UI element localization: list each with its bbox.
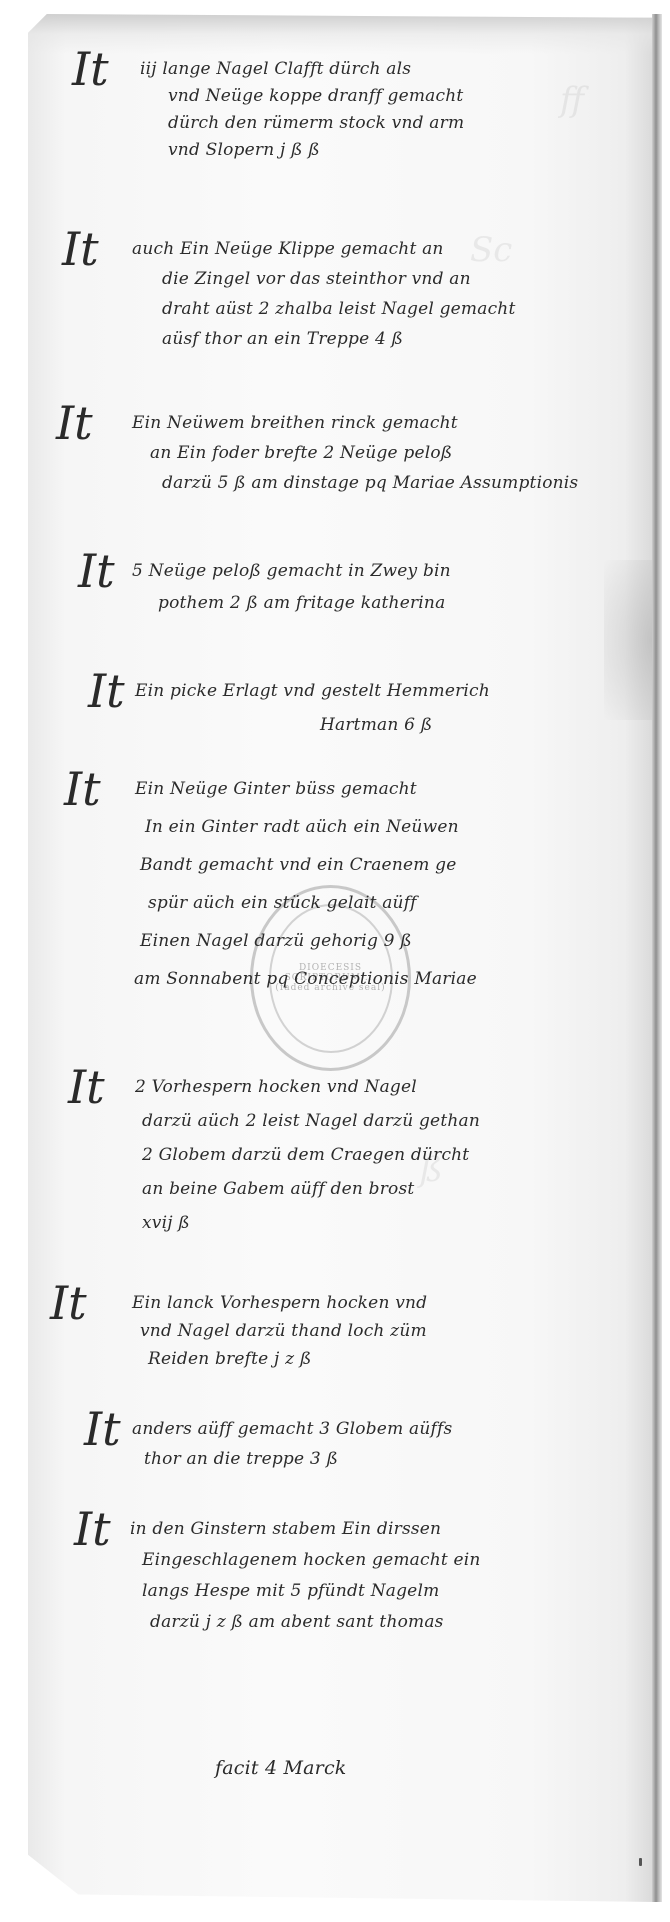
entry-line: vnd Neüge koppe dranff gemacht (168, 85, 463, 107)
entry-line: draht aüst 2 zhalba leist Nagel gemacht (162, 298, 515, 320)
entry-line: Ein Neüge Ginter büss gemacht (135, 778, 417, 800)
item-mark: It (78, 548, 115, 594)
binding-shadow (604, 560, 652, 720)
item-mark: It (62, 226, 99, 272)
entry-line: vnd Nagel darzü thand loch züm (140, 1320, 427, 1342)
entry-line: auch Ein Neüge Klippe gemacht an (132, 238, 444, 260)
entry-line: an beine Gabem aüff den brost (142, 1178, 414, 1200)
entry-line: in den Ginstern stabem Ein dirssen (130, 1518, 441, 1540)
item-mark: It (56, 400, 93, 446)
entry-line: langs Hespe mit 5 pfündt Nagelm (142, 1580, 439, 1602)
entry-line: vnd Slopern j ß ß (168, 139, 320, 161)
entry-line: darzü 5 ß am dinstage pq Mariae Assumpti… (162, 472, 578, 494)
entry-line: Ein Neüwem breithen rinck gemacht (132, 412, 458, 434)
page-binding-edge (652, 14, 662, 1902)
entry-line: thor an die treppe 3 ß (144, 1448, 338, 1470)
entry-line: xvij ß (142, 1212, 190, 1234)
entry-line: aüsf thor an ein Treppe 4 ß (162, 328, 403, 350)
item-mark: It (72, 46, 109, 92)
entry-line: Reiden brefte j z ß (148, 1348, 311, 1370)
entry-line: iij lange Nagel Clafft dürch als (140, 58, 411, 80)
entry-line: Bandt gemacht vnd ein Craenem ge (140, 854, 457, 876)
entry-line: 5 Neüge peloß gemacht in Zwey bin (132, 560, 451, 582)
entry-line: Ein lanck Vorhespern hocken vnd (132, 1292, 427, 1314)
item-mark: It (88, 668, 125, 714)
entry-line: pothem 2 ß am fritage katherina (158, 592, 445, 614)
entry-line: Einen Nagel darzü gehorig 9 ß (140, 930, 412, 952)
item-mark: It (68, 1064, 105, 1110)
entry-line: In ein Ginter radt aüch ein Neüwen (145, 816, 459, 838)
entry-line: 2 Vorhespern hocken vnd Nagel (135, 1076, 417, 1098)
item-mark: It (50, 1280, 87, 1326)
bleed-through-text: Sc (470, 230, 512, 270)
page-mark (639, 1858, 642, 1866)
entry-line: spür aüch ein stück gelait aüff (148, 892, 417, 914)
entry-line: darzü aüch 2 leist Nagel darzü gethan (142, 1110, 480, 1132)
entry-line: dürch den rümerm stock vnd arm (168, 112, 464, 134)
entry-line: anders aüff gemacht 3 Globem aüffs (132, 1418, 452, 1440)
entry-line: Ein picke Erlagt vnd gestelt Hemmerich (135, 680, 490, 702)
entry-line: am Sonnabent pq Conceptionis Mariae (134, 968, 477, 990)
closing-total: facit 4 Marck (215, 1757, 347, 1779)
entry-line: darzü j z ß am abent sant thomas (150, 1611, 444, 1633)
entry-line: Hartman 6 ß (320, 714, 432, 736)
item-mark: It (84, 1406, 121, 1452)
entry-line: 2 Globem darzü dem Craegen dürcht (142, 1144, 469, 1166)
entry-line: die Zingel vor das steinthor vnd an (162, 268, 471, 290)
item-mark: It (64, 766, 101, 812)
item-mark: It (74, 1506, 111, 1552)
bleed-through-text: ff (560, 80, 584, 120)
entry-line: an Ein foder brefte 2 Neüge peloß (150, 442, 452, 464)
entry-line: Eingeschlagenem hocken gemacht ein (142, 1549, 481, 1571)
